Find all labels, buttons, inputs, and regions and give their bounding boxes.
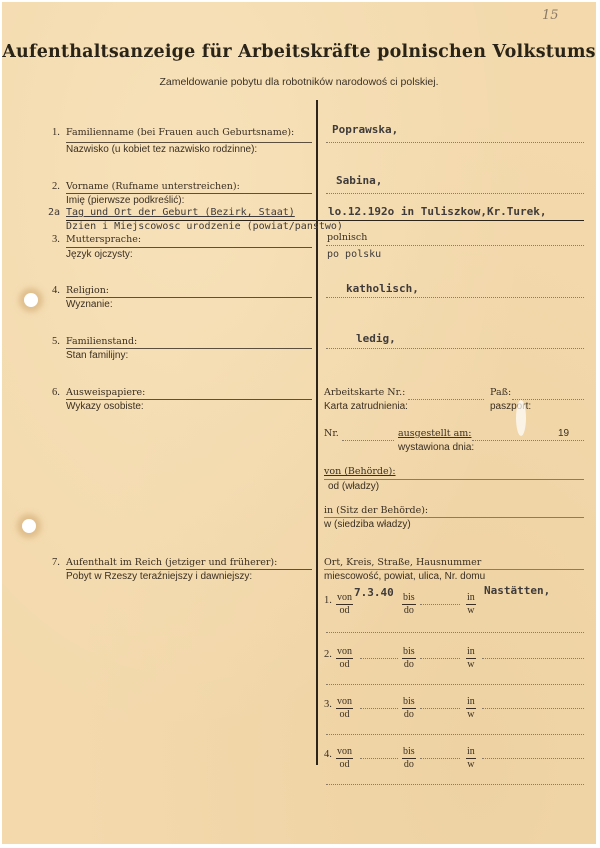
underline xyxy=(66,193,312,194)
bis-do-label: bisdo xyxy=(402,592,416,617)
mother-tongue-de-value: polnisch xyxy=(327,232,367,243)
field-number: 4. xyxy=(52,285,60,296)
field-number: 3. xyxy=(52,234,60,245)
label-pl: Pobyt w Rzeszy teraźniejszy i dawniejszy… xyxy=(66,571,252,582)
form-page: 15 Aufenthaltsanzeige für Arbeitskräfte … xyxy=(2,2,596,844)
in-w-label: inw xyxy=(466,746,476,771)
authority-line[interactable] xyxy=(324,479,584,480)
address-header-pl: miescowość, powiat, ulica, Nr. domu xyxy=(324,571,485,582)
entry-place-line[interactable] xyxy=(482,658,584,659)
bis-do-label: bisdo xyxy=(402,696,416,721)
issued-label-pl: wystawiona dnia: xyxy=(398,442,474,453)
label-pl: Wyznanie: xyxy=(66,299,113,310)
von-od-label: vonod xyxy=(336,646,353,671)
underline xyxy=(66,297,312,298)
in-w-label: inw xyxy=(466,592,476,617)
entry-number: 3. xyxy=(324,699,332,710)
label-de: Religion: xyxy=(66,285,109,296)
bis-do-label: bisdo xyxy=(402,646,416,671)
label-de: Familienstand: xyxy=(66,336,137,347)
nr-line[interactable] xyxy=(342,440,394,441)
entry-from-line[interactable] xyxy=(360,658,398,659)
marital-status-value[interactable]: ledig, xyxy=(356,332,396,345)
label-pl: Imię (pierwsze podkreślić): xyxy=(66,195,184,206)
work-card-label-pl: Karta zatrudnienia: xyxy=(324,401,408,412)
seat-line[interactable] xyxy=(324,517,584,518)
field-number: 2a xyxy=(48,207,60,218)
authority-label-de: von (Behörde): xyxy=(324,466,396,477)
underline xyxy=(66,569,312,570)
issued-label-de: ausgestellt am: xyxy=(398,428,471,439)
entry-to-line[interactable] xyxy=(420,658,460,659)
family-name-value[interactable]: Poprawska, xyxy=(332,123,398,136)
entry-line xyxy=(326,784,584,785)
entry-to-line[interactable] xyxy=(420,758,460,759)
entry-number: 1. xyxy=(324,595,332,606)
entry-number: 2. xyxy=(324,649,332,660)
authority-label-pl: od (władzy) xyxy=(328,481,379,492)
entry-to-line[interactable] xyxy=(420,604,460,605)
entry-line xyxy=(326,734,584,735)
year-prefix: 19 xyxy=(558,428,569,439)
birth-value[interactable]: lo.12.192o in Tuliszkow,Kr.Turek, xyxy=(328,205,547,218)
label-de: Tag und Ort der Geburt (Bezirk, Staat) xyxy=(66,207,295,218)
entry-to-line[interactable] xyxy=(420,708,460,709)
field-number: 5. xyxy=(52,336,60,347)
field-number: 6. xyxy=(52,387,60,398)
label-de: Muttersprache: xyxy=(66,234,141,245)
value-line xyxy=(326,348,584,349)
label-pl: Nazwisko (u kobiet tez nazwisko rodzinne… xyxy=(66,144,257,155)
paper-damage xyxy=(516,400,526,436)
column-divider xyxy=(316,100,318,765)
seat-label-de: in (Sitz der Behörde): xyxy=(324,505,428,516)
entry-line xyxy=(326,632,584,633)
value-line xyxy=(326,142,584,143)
label-de: Vorname (Rufname unterstreichen): xyxy=(66,181,240,192)
entry-from-line[interactable] xyxy=(360,758,398,759)
nr-label: Nr. xyxy=(324,428,339,439)
von-od-label: vonod xyxy=(336,696,353,721)
issued-line[interactable] xyxy=(472,440,584,441)
underline xyxy=(66,348,312,349)
seat-label-pl: w (siedziba władzy) xyxy=(324,519,411,530)
folio-number: 15 xyxy=(542,8,559,23)
entry-from-value[interactable]: 7.3.40 xyxy=(354,586,394,599)
value-line xyxy=(326,245,584,246)
value-line xyxy=(326,193,584,194)
label-pl: Dzien i Miejscowosc urodzenie (powiat/pa… xyxy=(66,221,343,232)
work-card-line[interactable] xyxy=(408,399,484,400)
form-title: Aufenthaltsanzeige für Arbeitskräfte pol… xyxy=(2,42,596,62)
underline xyxy=(66,247,312,248)
punch-hole-bottom xyxy=(22,519,36,533)
underline xyxy=(66,399,312,400)
entry-number: 4. xyxy=(324,749,332,760)
field-number: 2. xyxy=(52,181,60,192)
first-name-value[interactable]: Sabina, xyxy=(336,174,382,187)
label-de: Aufenthalt im Reich (jetziger und früher… xyxy=(66,557,277,568)
field-number: 7. xyxy=(52,557,60,568)
label-pl: Stan familijny: xyxy=(66,350,128,361)
field-number: 1. xyxy=(52,127,60,138)
work-card-label-de: Arbeitskarte Nr.: xyxy=(324,387,405,398)
entry-from-line[interactable] xyxy=(360,708,398,709)
in-w-label: inw xyxy=(466,646,476,671)
bis-do-label: bisdo xyxy=(402,746,416,771)
von-od-label: vonod xyxy=(336,592,353,617)
entry-place-value[interactable]: Nastätten, xyxy=(484,584,550,597)
passport-line[interactable] xyxy=(512,399,584,400)
entry-place-line[interactable] xyxy=(482,758,584,759)
label-pl: Wykazy osobiste: xyxy=(66,401,144,412)
value-line xyxy=(326,297,584,298)
form-subtitle: Zameldowanie pobytu dla robotników narod… xyxy=(2,76,596,88)
underline xyxy=(66,142,312,143)
address-header-line xyxy=(324,569,584,570)
label-de: Ausweispapiere: xyxy=(66,387,145,398)
mother-tongue-pl-value: po polsku xyxy=(327,249,381,260)
label-pl: Język ojczysty: xyxy=(66,249,133,260)
religion-value[interactable]: katholisch, xyxy=(346,282,419,295)
address-header-de: Ort, Kreis, Straße, Hausnummer xyxy=(324,557,481,568)
in-w-label: inw xyxy=(466,696,476,721)
passport-label-de: Paß: xyxy=(490,387,511,398)
von-od-label: vonod xyxy=(336,746,353,771)
punch-hole-top xyxy=(24,293,38,307)
label-de: Familienname (bei Frauen auch Geburtsnam… xyxy=(66,127,294,138)
entry-place-line[interactable] xyxy=(482,708,584,709)
entry-line xyxy=(326,684,584,685)
